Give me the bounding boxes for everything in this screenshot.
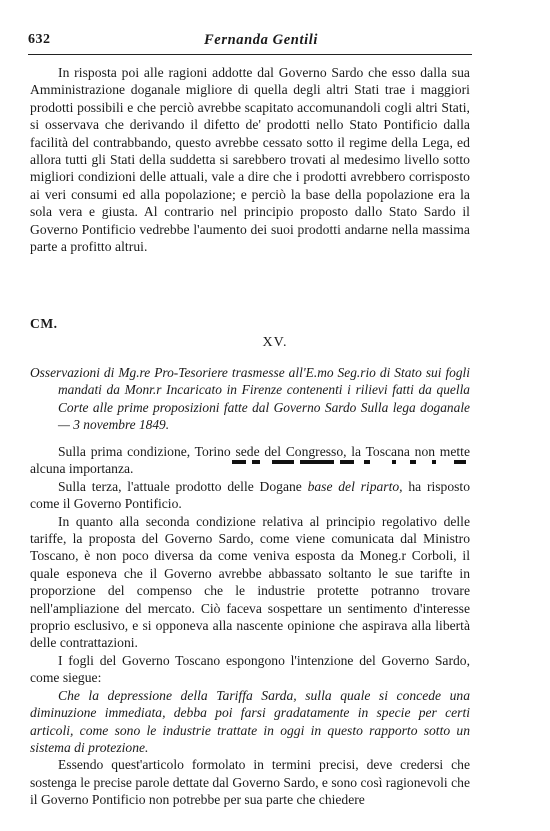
header-rule	[28, 54, 472, 55]
body-text-section-2: Sulla prima condizione, Torino sede del …	[30, 443, 470, 809]
paragraph: I fogli del Governo Toscano espongono l'…	[30, 652, 470, 687]
paragraph: Sulla terza, l'attuale prodotto delle Do…	[30, 478, 470, 513]
paragraph: In quanto alla seconda condizione relati…	[30, 513, 470, 652]
archive-sigla: CM.	[30, 316, 58, 332]
page-header: 632 Fernanda Gentili	[28, 32, 472, 54]
running-head-author: Fernanda Gentili	[28, 32, 472, 49]
document-page: 632 Fernanda Gentili In risposta poi all…	[0, 0, 550, 831]
scan-artifact	[232, 458, 472, 466]
quoted-paragraph: Che la depressione della Tariffa Sarda, …	[30, 687, 470, 757]
paragraph: Essendo quest'articolo formolato in term…	[30, 756, 470, 808]
document-number-heading: XV.	[0, 335, 550, 351]
paragraph: In risposta poi alle ragioni addotte dal…	[30, 64, 470, 255]
body-text-section-1: In risposta poi alle ragioni addotte dal…	[30, 64, 470, 255]
document-title: Osservazioni di Mg.re Pro-Tesoriere tras…	[30, 364, 470, 434]
italic-phrase: base del riparto,	[308, 479, 403, 494]
paragraph-text: Sulla terza, l'attuale prodotto delle Do…	[58, 479, 308, 494]
